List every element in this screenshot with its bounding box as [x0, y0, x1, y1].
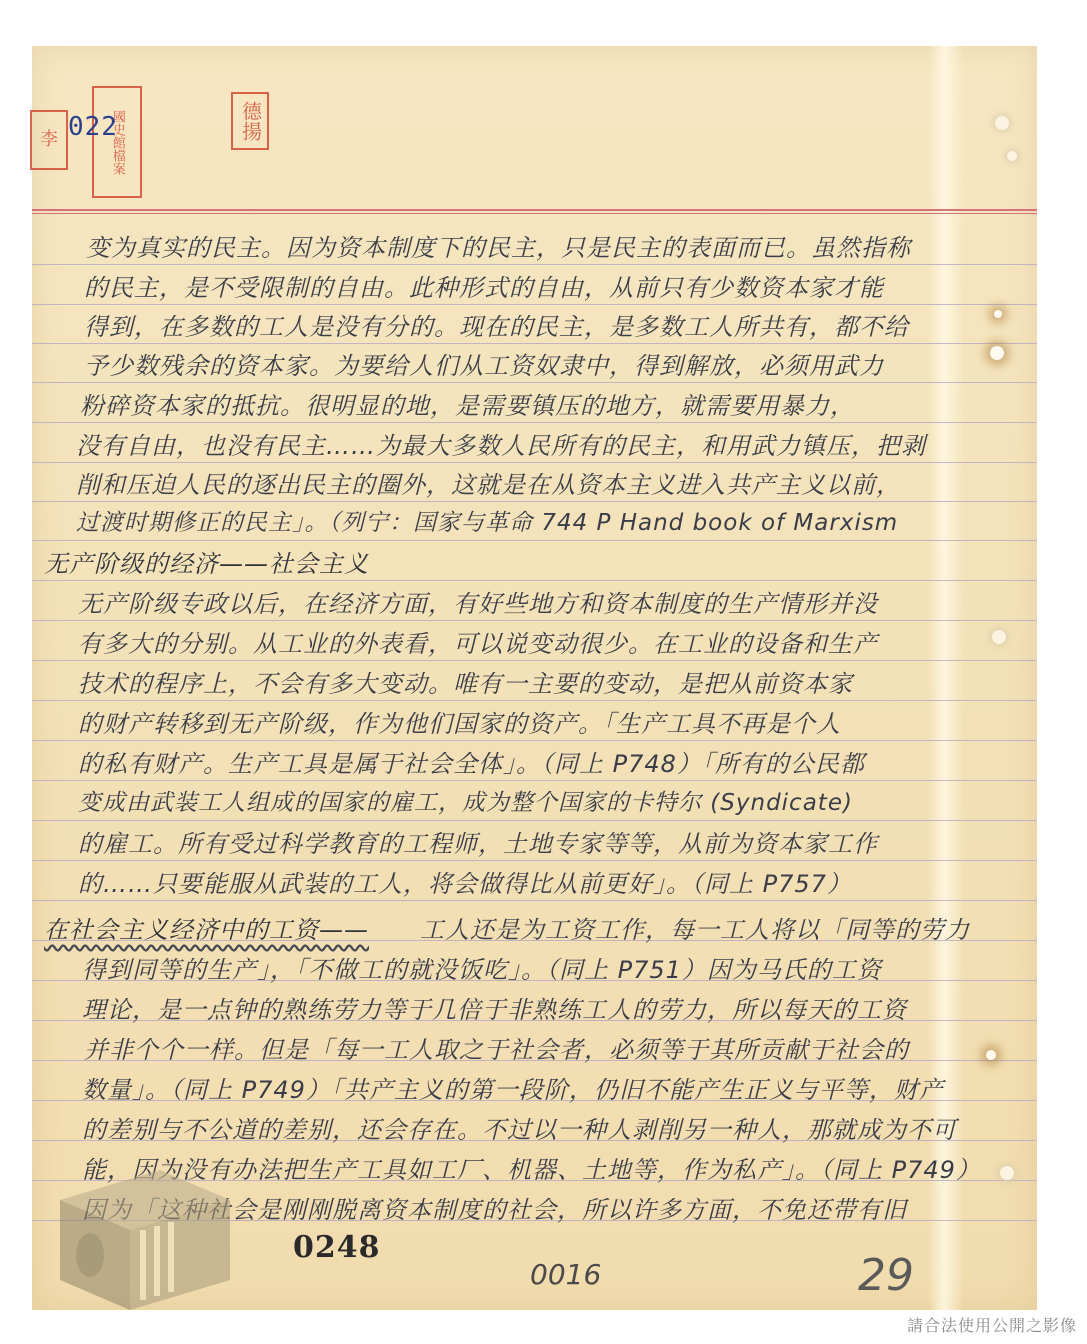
- section-line: 变成由武装工人组成的国家的雇工，成为整个国家的卡特尔 (Syndicate): [78, 784, 853, 817]
- section-line: 的财产转移到无产阶级，作为他们国家的资产。「生产工具不再是个人: [78, 704, 841, 739]
- wage-line: 并非个个一样。但是「每一工人取之于社会者，必须等于其所贡献于社会的: [84, 1030, 909, 1065]
- section-line: 的雇工。所有受过科学教育的工程师，土地专家等等，从前为资本家工作: [78, 824, 878, 859]
- body-line: 没有自由，也没有民主……为最大多数人民所有的民主，和用武力镇压，把剥: [76, 426, 926, 461]
- wage-line: 得到同等的生产」，「不做工的就没饭吃」。（同上 P751）因为马氏的工资: [82, 950, 882, 985]
- section-line: 技术的程序上，不会有多大变动。唯有一主要的变动，是把从前资本家: [78, 664, 853, 699]
- wage-heading-rest: 工人还是为工资工作，每一工人将以「同等的劳力: [420, 910, 970, 945]
- archive-watermark-logo-icon: [40, 1160, 240, 1310]
- body-line: 得到，在多数的工人是没有分的。现在的民主，是多数工人所共有，都不给: [84, 307, 909, 342]
- section-line: 的……只要能服从武装的工人，将会做得比从前更好」。（同上 P757）: [78, 864, 852, 899]
- handwritten-archive-number: 0016: [530, 1258, 601, 1291]
- wage-heading: 在社会主义经济中的工资——: [44, 910, 369, 945]
- wage-line: 的差别与不公道的差别，还会存在。不过以一种人剥削另一种人，那就成为不可: [82, 1110, 957, 1145]
- section-heading: 无产阶级的经济——社会主义: [44, 544, 369, 579]
- handwritten-page-number: 29: [858, 1250, 914, 1301]
- section-line: 无产阶级专政以后，在经济方面，有好些地方和资本制度的生产情形并没: [78, 584, 878, 619]
- section-line: 有多大的分别。从工业的外表看，可以说变动很少。在工业的设备和生产: [78, 624, 878, 659]
- usage-notice: 請合法使用公開之影像: [907, 1313, 1077, 1336]
- wage-line: 理论，是一点钟的熟练劳力等于几倍于非熟练工人的劳力，所以每天的工资: [82, 990, 907, 1025]
- stamped-page-number: 0248: [293, 1230, 381, 1265]
- body-line: 粉碎资本家的抵抗。很明显的地，是需要镇压的地方，就需要用暴力，: [80, 386, 855, 421]
- section-line: 的私有财产。生产工具是属于社会全体」。（同上 P748）「所有的公民都: [78, 744, 865, 779]
- body-line: 削和压迫人民的逐出民主的圈外，这就是在从资本主义进入共产主义以前，: [76, 465, 901, 500]
- wage-line: 数量」。（同上 P749）「共产主义的第一段阶，仍旧不能产生正义与平等，财产: [82, 1070, 944, 1105]
- body-line: 变为真实的民主。因为资本制度下的民主，只是民主的表面而已。虽然指称: [86, 228, 911, 263]
- body-line: 的民主，是不受限制的自由。此种形式的自由，从前只有少数资本家才能: [84, 268, 884, 303]
- handwritten-body: 变为真实的民主。因为资本制度下的民主，只是民主的表面而已。虽然指称 的民主，是不…: [0, 0, 1087, 1344]
- body-line: 予少数残余的资本家。为要给人们从工资奴隶中，得到解放，必须用武力: [84, 346, 884, 381]
- body-line: 过渡时期修正的民主」。（列宁：国家与革命 744 P Hand book of …: [76, 504, 898, 537]
